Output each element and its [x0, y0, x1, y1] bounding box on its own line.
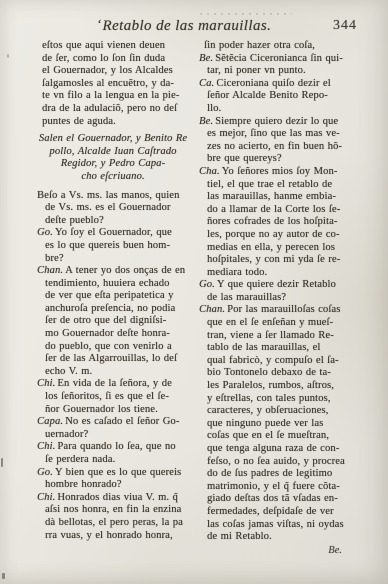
- text-line: ſe perdera nada.: [37, 454, 189, 467]
- text-line: de las marauillas?: [199, 292, 355, 305]
- text-line: ñores cofrades de los hoſpita-: [199, 216, 355, 229]
- text-line: Salen el Gouernador, y Benito Re: [37, 133, 189, 146]
- scan-edge-mark: [1, 458, 3, 467]
- ink-bleed-artifact: [200, 13, 292, 15]
- text-line: Go.Y bien que es lo que quereis: [37, 467, 189, 480]
- text-line: anchuroſa preſencia, no podia: [37, 303, 189, 316]
- text-line: Chan.A tener yo dos onças de en: [37, 265, 189, 278]
- speech-block: Chan.A tener yo dos onças de entendimien…: [37, 265, 189, 378]
- continued-speech: eſtos que aqui vienen deuende ſer, como …: [37, 40, 189, 128]
- text-line: do pueblo, que con venirlo a: [37, 341, 189, 354]
- speech-block: Go.Yo ſoy el Gouernador, quees lo que qu…: [37, 227, 189, 265]
- speaker-abbreviation: Go.: [37, 227, 53, 238]
- text-line: Ca.Ciceroniana quiſo dezir el: [199, 78, 355, 91]
- text-line: caracteres, y obſeruaciones,: [199, 405, 355, 418]
- speech-block: Cha.Yo ſeñores mios ſoy Mon-tiel, el que…: [199, 166, 355, 279]
- book-page: ‘Retablo de las marauillas. 344 eſtos qu…: [0, 0, 388, 584]
- text-line: de Vs. ms. es el Gouernador: [37, 202, 189, 215]
- text-line: de mi Retablo.: [199, 531, 355, 544]
- text-line: te vn filo a la lengua en la pie-: [37, 90, 189, 103]
- speech-block: Chi.Honrados dias viua V. m. q̃aſsi nos …: [37, 492, 189, 542]
- speech-block: Go.Y bien que es lo que quereishombre ho…: [37, 467, 189, 492]
- speaker-abbreviation: Cha.: [199, 166, 220, 177]
- scan-edge-mark: [2, 573, 5, 579]
- text-line: Be.Sẽtẽcia Ciceronianca ſin qui-: [199, 53, 355, 66]
- speech-block: Chi.Para quando lo ſea, que noſe perdera…: [37, 441, 189, 466]
- text-line: tiel, el que trae el retablo de: [199, 179, 355, 192]
- text-line: qual fabricò, y compuſo el ſa-: [199, 355, 355, 368]
- text-line: eſtos que aqui vienen deuen: [37, 40, 189, 53]
- text-line: llo.: [199, 103, 355, 116]
- right-column: ſin poder hazer otra coſa,Be.Sẽtẽcia Cic…: [199, 40, 355, 544]
- text-line: Go.Yo ſoy el Gouernador, que: [37, 227, 189, 240]
- left-column: eſtos que aqui vienen deuende ſer, como …: [37, 40, 189, 544]
- text-line: de ver que eſta peripatetica y: [37, 290, 189, 303]
- page-number: 344: [333, 18, 357, 34]
- text-line: pollo, Alcalde Iuan Caſtrado: [37, 146, 189, 159]
- text-line: uernador?: [37, 429, 189, 442]
- catchword: Be.: [328, 545, 342, 556]
- speech-block: Ca.Ciceroniana quiſo dezir elſeñor Alcal…: [199, 78, 355, 116]
- speech-block: Be.Sẽtẽcia Ciceronianca ſin qui-tar, ni …: [199, 53, 355, 78]
- scan-edge-mark: [7, 54, 9, 58]
- text-line: ñor Gouernador los tiene.: [37, 404, 189, 417]
- text-line: ſeñor Alcalde Benito Repo-: [199, 90, 355, 103]
- running-header: ‘Retablo de las marauillas. 344: [0, 16, 388, 38]
- text-line: hoſpitales, y con mi yda ſe re-: [199, 254, 355, 267]
- speaker-abbreviation: Chan.: [199, 304, 225, 315]
- text-line: tran, viene a ſer llamado Re-: [199, 330, 355, 343]
- text-line: echo V. m.: [37, 366, 189, 379]
- text-columns: eſtos que aqui vienen deuende ſer, como …: [37, 40, 355, 544]
- text-line: bio Tontonelo debaxo de ta-: [199, 367, 355, 380]
- text-line: giado deſtas dos tã vſadas en-: [199, 493, 355, 506]
- text-line: los ſeñoritos, ſi es que el ſe-: [37, 391, 189, 404]
- text-line: deſte pueblo?: [37, 215, 189, 228]
- stage-direction: Salen el Gouernador, y Benito Repollo, A…: [37, 133, 189, 183]
- speech-block: Capa.No es caſado el ſeñor Go-uernador?: [37, 416, 189, 441]
- text-line: zes no acierto, en fin buen hõ-: [199, 141, 355, 154]
- text-line: hombre honrado?: [37, 479, 189, 492]
- text-line: dà bellotas, el pero peras, la pa: [37, 517, 189, 530]
- text-line: Chi.Honrados dias viua V. m. q̃: [37, 492, 189, 505]
- text-line: cho eſcriuano.: [37, 171, 189, 184]
- speaker-abbreviation: Go.: [37, 467, 53, 478]
- text-line: Chi.En vida de la ſeñora, y de: [37, 378, 189, 391]
- text-line: tablo de las marauillas, el: [199, 342, 355, 355]
- speaker-abbreviation: Chi.: [37, 378, 55, 389]
- text-line: medias en ella, y perecen los: [199, 242, 355, 255]
- text-line: Go.Y que quiere dezir Retablo: [199, 279, 355, 292]
- text-line: feſso, o no ſea auido, y procrea: [199, 456, 355, 469]
- text-line: Cha.Yo ſeñores mios ſoy Mon-: [199, 166, 355, 179]
- speech-block: Chi.En vida de la ſeñora, y delos ſeñori…: [37, 378, 189, 416]
- text-line: rra vuas, y el honrado honra,: [37, 530, 189, 543]
- text-line: les, porque no ay autor de co-: [199, 229, 355, 242]
- speaker-abbreviation: Go.: [199, 279, 215, 290]
- speaker-abbreviation: Be.: [199, 116, 213, 127]
- text-line: Beſo a Vs. ms. las manos, quien: [37, 190, 189, 203]
- text-line: que ninguno puede ver las: [199, 418, 355, 431]
- text-line: mo Gouernador deſte honra-: [37, 328, 189, 341]
- text-line: las marauillas, hanme embia-: [199, 191, 355, 204]
- title-ornament: ‘: [97, 16, 102, 31]
- text-line: y eſtrellas, con tales puntos,: [199, 393, 355, 406]
- text-line: mediara todo.: [199, 267, 355, 280]
- text-line: de ſer, como lo ſon ſin duda: [37, 53, 189, 66]
- text-line: que tenga alguna raza de con-: [199, 443, 355, 456]
- text-line: Chi.Para quando lo ſea, que no: [37, 441, 189, 454]
- text-line: puntes de aguda.: [37, 116, 189, 129]
- speech-block: Be.Siempre quiero dezir lo quees mejor, …: [199, 116, 355, 166]
- text-line: que en el ſe enſeñan y mueſ-: [199, 317, 355, 330]
- speaker-abbreviation: Chan.: [37, 265, 63, 276]
- speech-block: Chan.Por las marauilloſas coſasque en el…: [199, 304, 355, 543]
- text-line: tendimiento, huuiera echado: [37, 278, 189, 291]
- continued-speech: ſin poder hazer otra coſa,: [199, 40, 355, 53]
- speech-block: Beſo a Vs. ms. las manos, quiende Vs. ms…: [37, 190, 189, 228]
- text-line: Regidor, y Pedro Capa-: [37, 158, 189, 171]
- speaker-abbreviation: Chi.: [37, 492, 55, 503]
- text-line: fermedades, deſpidaſe de ver: [199, 506, 355, 519]
- text-line: es lo que quereis buen hom-: [37, 240, 189, 253]
- text-line: Chan.Por las marauilloſas coſas: [199, 304, 355, 317]
- text-line: coſas que en el ſe mueſtran,: [199, 430, 355, 443]
- text-line: Be.Siempre quiero dezir lo que: [199, 116, 355, 129]
- text-line: matrimonio, y el q̃ fuere cõta-: [199, 481, 355, 494]
- text-line: bre?: [37, 253, 189, 266]
- text-line: ſin poder hazer otra coſa,: [199, 40, 355, 53]
- speaker-abbreviation: Chi.: [37, 441, 55, 452]
- text-line: las coſas jamas viſtas, ni oydas: [199, 519, 355, 532]
- text-line: ſer de las Algarrouillas, lo deſ: [37, 353, 189, 366]
- running-title-text: Retablo de las marauillas.: [103, 18, 272, 34]
- page-title: ‘Retablo de las marauillas.: [97, 16, 271, 35]
- speaker-abbreviation: Ca.: [199, 78, 214, 89]
- speech-block: Go.Y que quiere dezir Retablode las mara…: [199, 279, 355, 304]
- text-line: Capa.No es caſado el ſeñor Go-: [37, 416, 189, 429]
- text-line: bre que quereys?: [199, 153, 355, 166]
- text-line: tar, ni poner vn punto.: [199, 65, 355, 78]
- text-line: aſsi nos honra, en fin la enzina: [37, 504, 189, 517]
- text-line: el Gouernador, y los Alcaldes: [37, 65, 189, 78]
- text-line: ſer de otro que del digniſsi-: [37, 315, 189, 328]
- text-line: do de ſus padres de legitimo: [199, 468, 355, 481]
- speaker-abbreviation: Capa.: [37, 416, 63, 427]
- text-line: do a llamar de la Corte los ſe-: [199, 204, 355, 217]
- text-line: ſalgamosles al encuẽtro, y da-: [37, 78, 189, 91]
- text-line: les Paralelos, rumbos, aſtros,: [199, 380, 355, 393]
- text-line: es mejor, ſino que las mas ve-: [199, 128, 355, 141]
- speaker-abbreviation: Be.: [199, 53, 213, 64]
- text-line: dra de la adulaciõ, pero no deſ: [37, 103, 189, 116]
